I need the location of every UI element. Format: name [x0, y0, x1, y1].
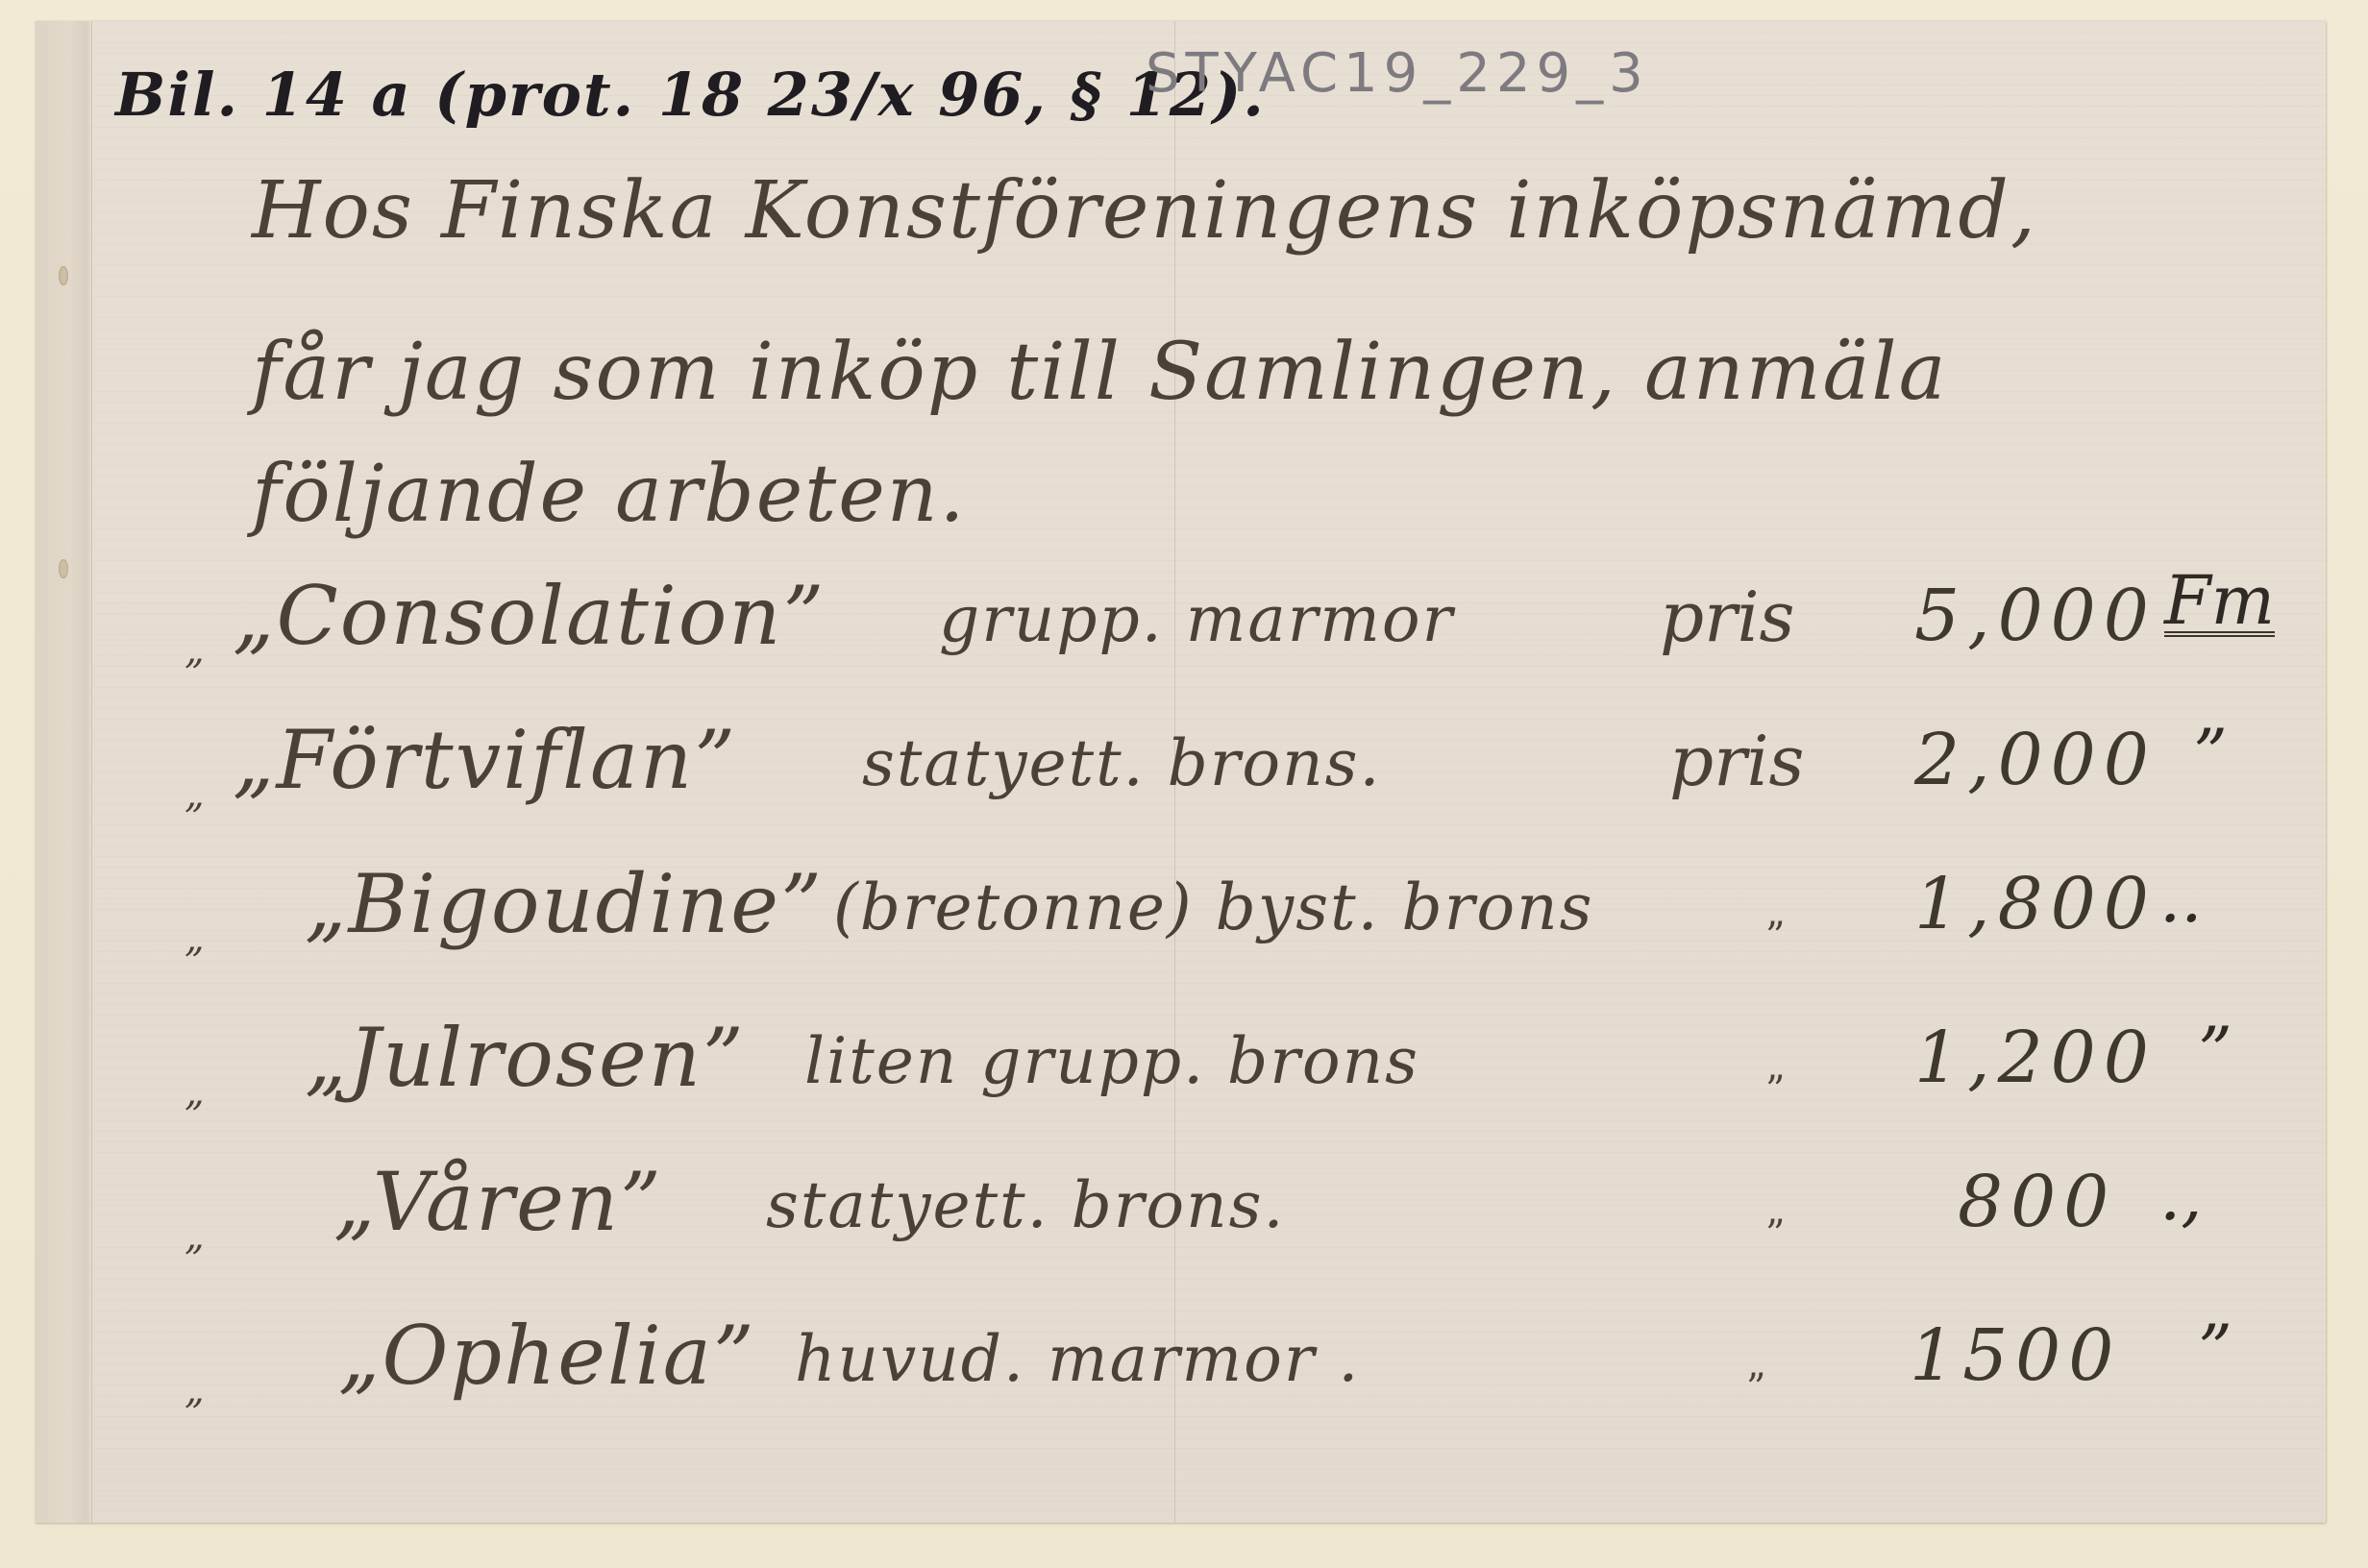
- currency-unit: Fm: [2164, 571, 2275, 637]
- artwork-row: „ „Consolation” grupp. marmor pris 5,000…: [36, 569, 2326, 713]
- artwork-price: 1,800: [1914, 863, 2157, 945]
- artwork-price: 1,200: [1914, 1017, 2157, 1099]
- binding-hole-icon: [59, 266, 68, 285]
- ditto-mark: ”: [1765, 915, 1785, 959]
- ditto-unit: ”: [2193, 715, 2228, 794]
- ditto-unit: ..: [2159, 859, 2203, 938]
- artwork-title: „Julrosen”: [305, 1011, 746, 1105]
- artwork-price: 800: [1958, 1161, 2116, 1243]
- intro-line-2: får jag som inköp till Samlingen, anmäla: [252, 327, 1947, 418]
- protocol-reference-note: Bil. 14 a (prot. 18 23/x 96, § 12).: [115, 60, 1266, 130]
- ditto-unit: ”: [2198, 1311, 2232, 1389]
- artwork-title: „Consolation”: [233, 569, 826, 663]
- ditto-mark: „: [185, 1214, 207, 1259]
- artwork-description: (bretonne) byst. brons: [833, 870, 1593, 944]
- artwork-description: huvud. marmor .: [795, 1322, 1360, 1396]
- artwork-description: statyett. brons.: [766, 1168, 1286, 1242]
- artwork-price: 1500: [1910, 1314, 2121, 1397]
- ditto-mark: „: [185, 1070, 207, 1115]
- ditto-unit: ”: [2198, 1013, 2232, 1091]
- artwork-title: „Våren”: [333, 1155, 663, 1249]
- artwork-title: „Ophelia”: [338, 1309, 756, 1403]
- artwork-price: 2,000: [1914, 719, 2157, 801]
- intro-line-1: Hos Finska Konstföreningens inköpsnämd,: [252, 165, 2037, 257]
- artwork-description: grupp. marmor: [939, 582, 1454, 656]
- price-label: pris: [1660, 576, 1794, 657]
- ditto-mark: „: [185, 772, 207, 817]
- artwork-row: „ „Våren” statyett. brons. ” 800 .,: [36, 1155, 2326, 1299]
- artwork-description: statyett. brons.: [862, 726, 1382, 800]
- ditto-mark: „: [185, 917, 207, 961]
- ditto-mark: „: [185, 628, 207, 673]
- ditto-mark: „: [185, 1368, 207, 1412]
- artwork-title: „Bigoudine”: [305, 857, 824, 951]
- price-label: pris: [1669, 721, 1804, 801]
- ditto-mark: ”: [1746, 1366, 1765, 1410]
- archive-id-label: STYAC19_229_3: [1146, 42, 1649, 105]
- ditto-unit: .,: [2159, 1157, 2203, 1236]
- artwork-description: liten grupp. brons: [804, 1024, 1419, 1098]
- artwork-price: 5,000: [1914, 575, 2157, 657]
- artwork-title: „Förtviflan”: [233, 713, 737, 807]
- artwork-row: „ „Ophelia” huvud. marmor . ” 1500 ”: [36, 1309, 2326, 1453]
- artwork-row: „ „Förtviflan” statyett. brons. pris 2,0…: [36, 713, 2326, 857]
- ditto-mark: ”: [1765, 1068, 1785, 1113]
- manuscript-sheet: Bil. 14 a (prot. 18 23/x 96, § 12). STYA…: [36, 21, 2326, 1523]
- artwork-row: „ „Bigoudine” (bretonne) byst. brons ” 1…: [36, 857, 2326, 1001]
- intro-line-3: följande arbeten.: [252, 449, 967, 540]
- artwork-row: „ „Julrosen” liten grupp. brons ” 1,200 …: [36, 1011, 2326, 1155]
- ditto-mark: ”: [1765, 1213, 1785, 1257]
